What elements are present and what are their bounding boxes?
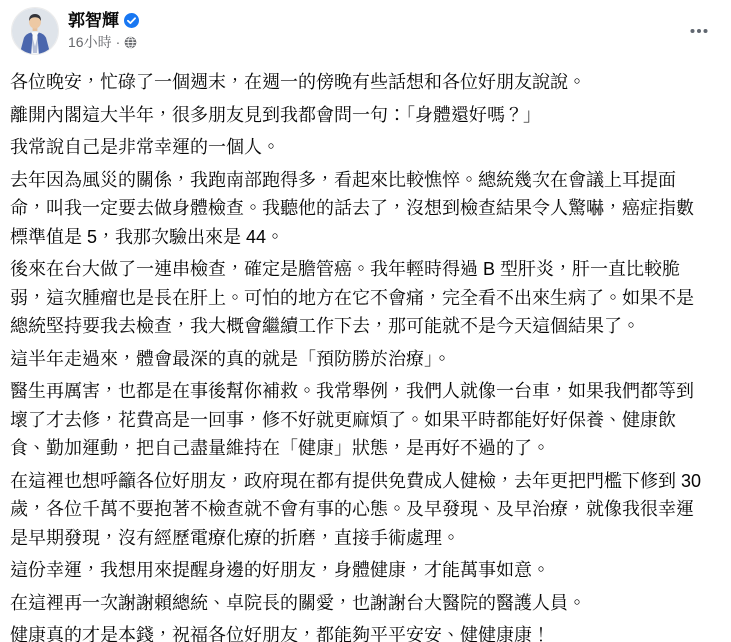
globe-public-icon bbox=[124, 36, 137, 49]
post-paragraph: 在這裡再一次謝謝賴總統、卓院長的關愛，也謝謝台大醫院的醫護人員。 bbox=[10, 589, 710, 618]
post-paragraph: 我常說自己是非常幸運的一個人。 bbox=[10, 133, 710, 162]
post-paragraph: 去年因為風災的關係，我跑南部跑得多，看起來比較憔悴。總統幾次在會議上耳提面命，叫… bbox=[10, 166, 710, 252]
avatar-portrait bbox=[12, 8, 58, 54]
post-paragraph: 醫生再厲害，也都是在事後幫你補救。我常舉例，我們人就像一台車，如果我們都等到壞了… bbox=[10, 377, 710, 463]
more-options-button[interactable] bbox=[683, 19, 715, 43]
post-paragraph: 各位晚安，忙碌了一個週末，在週一的傍晚有些話想和各位好朋友說說。 bbox=[10, 68, 710, 97]
avatar[interactable] bbox=[11, 7, 59, 55]
post-paragraph: 這份幸運，我想用來提醒身邊的好朋友，身體健康，才能萬事如意。 bbox=[10, 556, 710, 585]
timestamp[interactable]: 16小時 bbox=[68, 33, 112, 51]
post-paragraph: 這半年走過來，體會最深的真的就是「預防勝於治療」。 bbox=[10, 345, 710, 374]
post-paragraph: 在這裡也想呼籲各位好朋友，政府現在都有提供免費成人健檢，去年更把門檻下修到 30… bbox=[10, 467, 710, 553]
post-paragraph: 健康真的才是本錢，祝福各位好朋友，都能夠平平安安、健健康康！ bbox=[10, 621, 710, 642]
meta-separator: · bbox=[116, 33, 121, 51]
header-text: 郭智輝 16小時 · bbox=[68, 7, 683, 51]
author-name[interactable]: 郭智輝 bbox=[68, 10, 119, 31]
author-row: 郭智輝 bbox=[68, 10, 683, 31]
more-horizontal-icon bbox=[688, 20, 710, 42]
post-body: 各位晚安，忙碌了一個週末，在週一的傍晚有些話想和各位好朋友說說。離開內閣這大半年… bbox=[0, 58, 731, 642]
post-header: 郭智輝 16小時 · bbox=[0, 0, 731, 58]
post-paragraph: 離開內閣這大半年，很多朋友見到我都會問一句：「身體還好嗎？」 bbox=[10, 101, 710, 130]
facebook-post: 郭智輝 16小時 · bbox=[0, 0, 731, 642]
verified-badge-icon bbox=[124, 13, 139, 28]
post-meta: 16小時 · bbox=[68, 33, 683, 51]
post-paragraph: 後來在台大做了一連串檢查，確定是膽管癌。我年輕時得過 B 型肝炎，肝一直比較脆弱… bbox=[10, 255, 710, 341]
